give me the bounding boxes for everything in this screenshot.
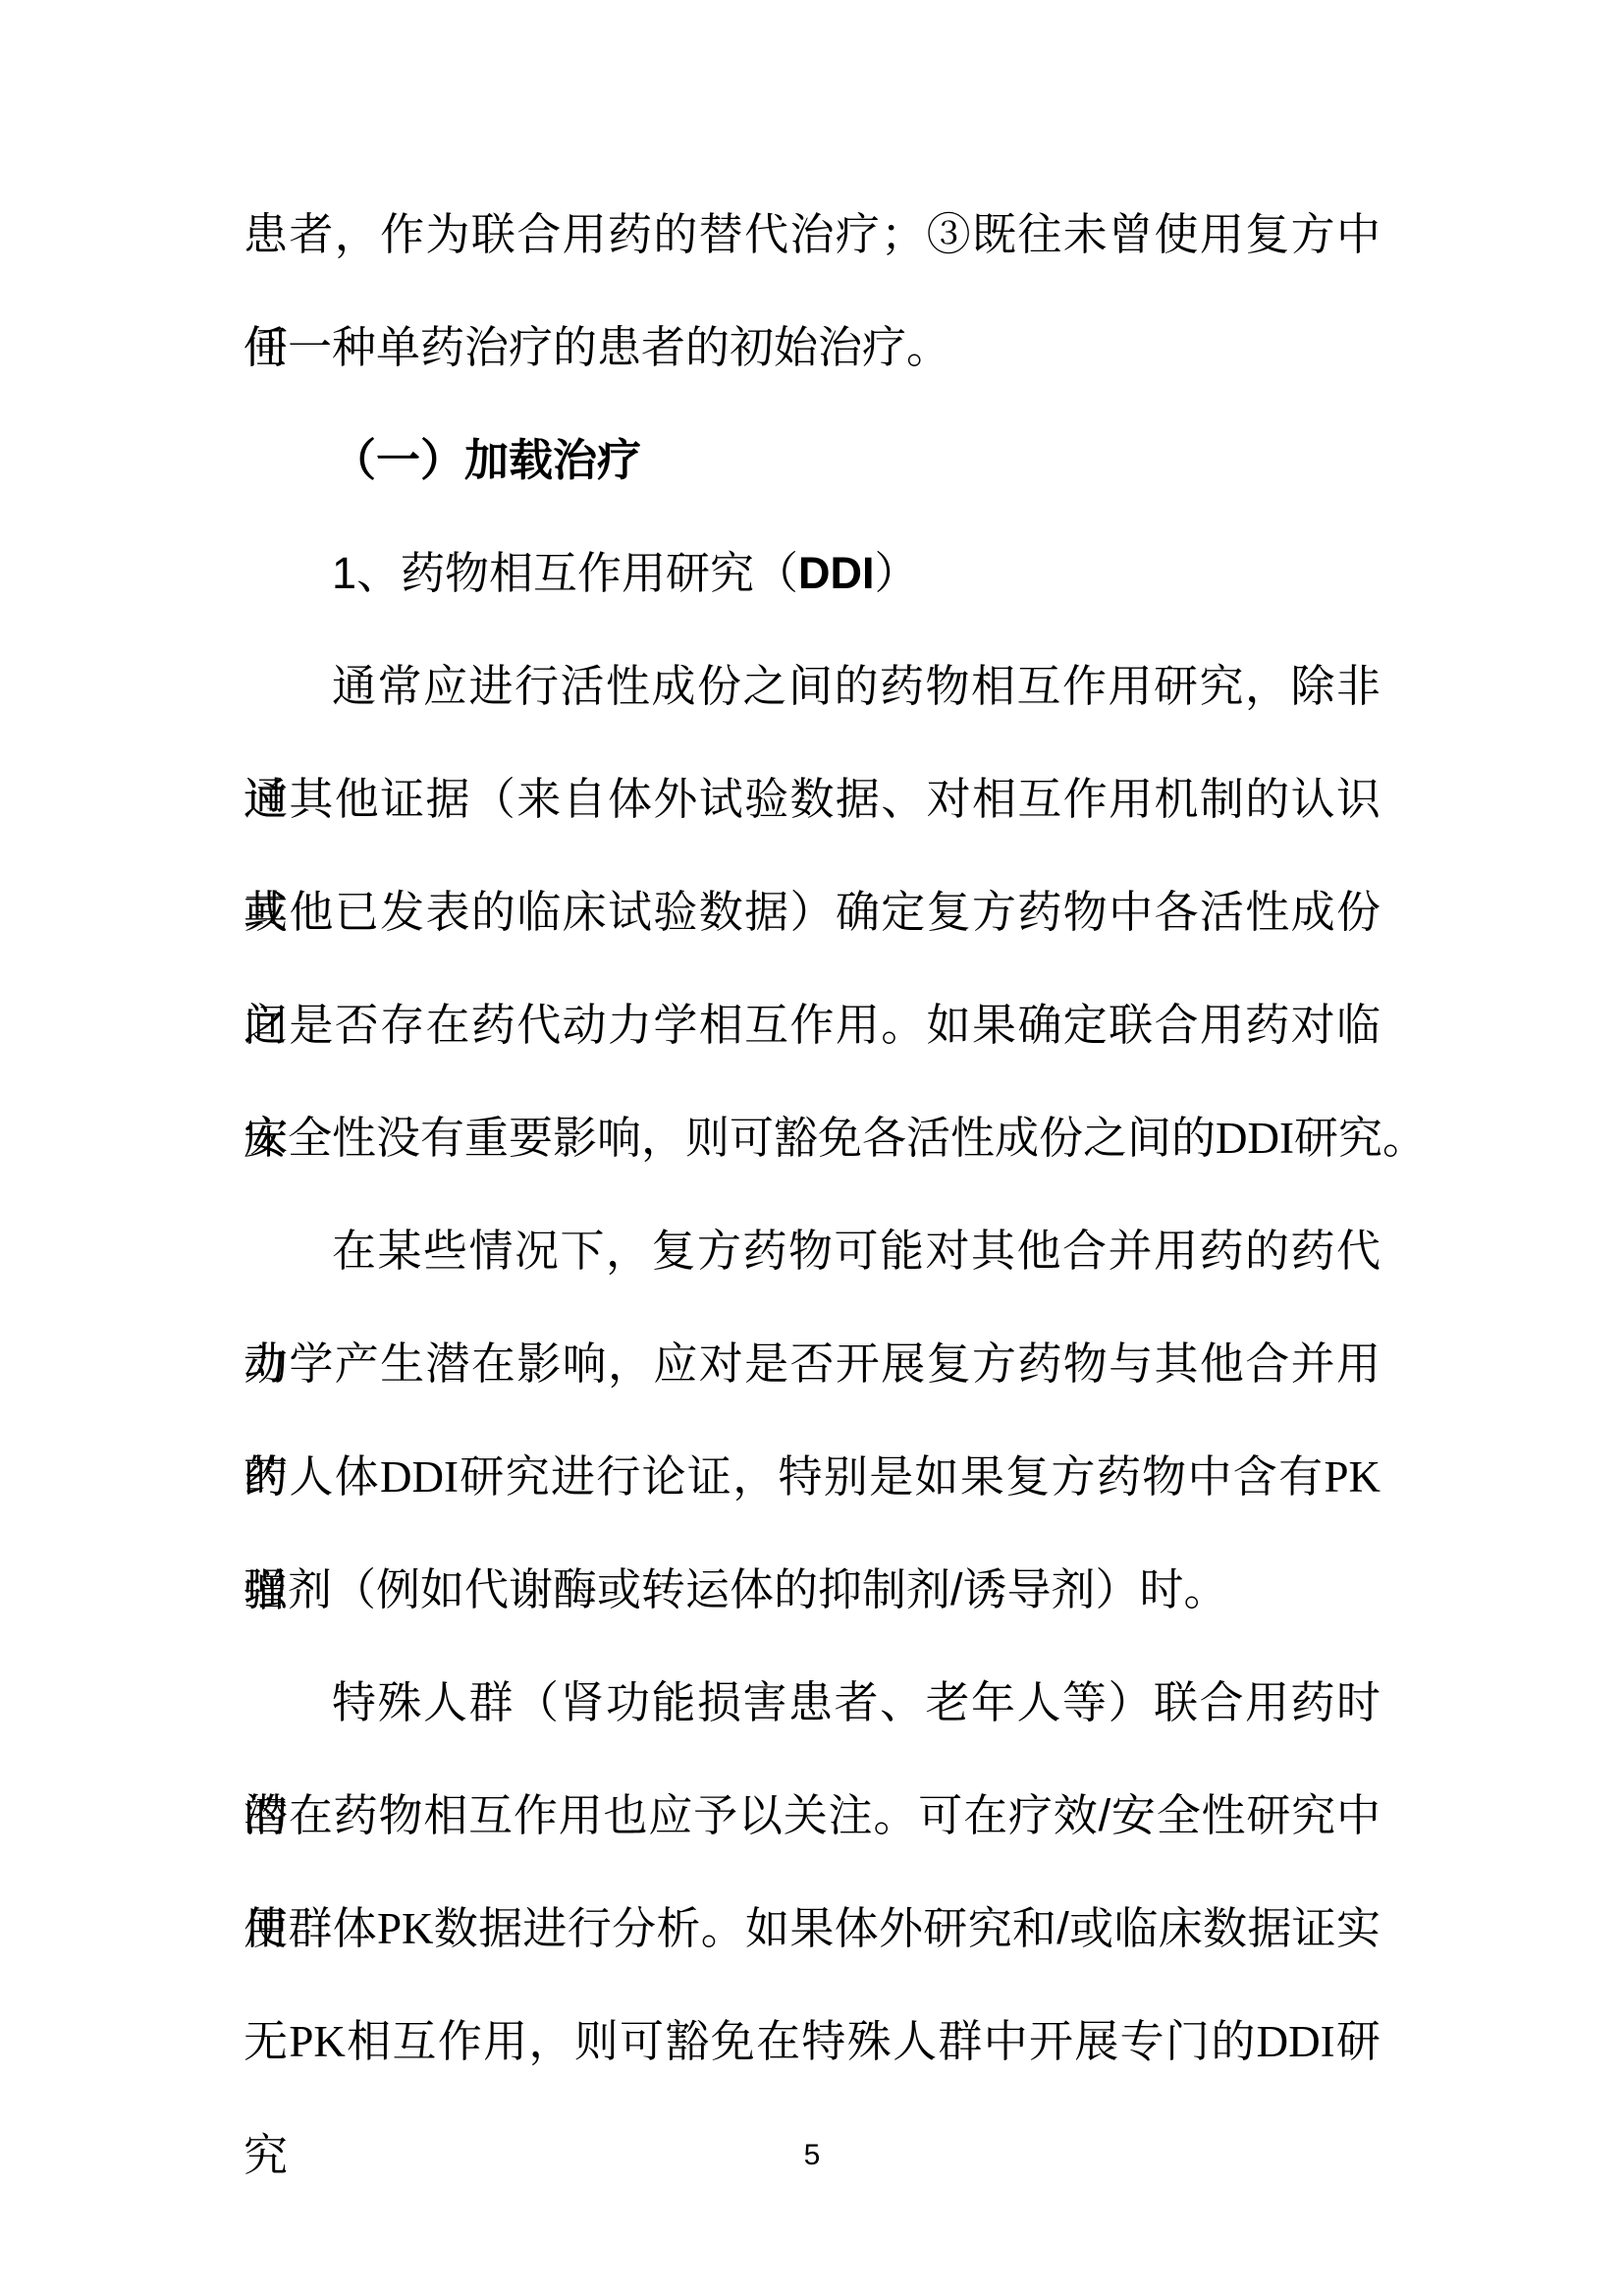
subsection-heading: 1、药物相互作用研究（DDI） xyxy=(244,517,1380,629)
body-line: 强剂（例如代谢酶或转运体的抑制剂/诱导剂）时。 xyxy=(244,1533,1380,1646)
line-latin: PK xyxy=(289,2017,346,2066)
line-text: 研究。 xyxy=(1294,1113,1427,1163)
line-latin: DDI xyxy=(380,1452,459,1502)
line-latin: DDI xyxy=(1216,1114,1294,1163)
line-latin: PK xyxy=(1324,1452,1380,1502)
body-line: 潜在药物相互作用也应予以关注。可在疗效/安全性研究中使 xyxy=(244,1759,1380,1872)
body-line: 通常应进行活性成份之间的药物相互作用研究，除非通 xyxy=(244,629,1380,742)
subsection-number: 1、 xyxy=(332,548,401,598)
line-text: 安全性没有重要影响，则可豁免各活性成份之间的 xyxy=(244,1113,1216,1163)
line-text: 何一种单药治疗的患者的初始治疗。 xyxy=(244,322,950,372)
subsection-title: 药物相互作用研究（ xyxy=(401,549,798,598)
page-number: 5 xyxy=(0,2133,1624,2178)
body-line: 在某些情况下，复方药物可能对其他合并用药的药代动 xyxy=(244,1194,1380,1307)
body-line: 过其他证据（来自体外试验数据、对相互作用机制的认识或 xyxy=(244,742,1380,855)
heading-text: （一）加载治疗 xyxy=(332,435,641,485)
body-line: 特殊人群（肾功能损害患者、老年人等）联合用药时的 xyxy=(244,1646,1380,1759)
line-latin: PK xyxy=(377,1904,434,1953)
line-text: 用群体 xyxy=(244,1903,377,1953)
line-text: 的人体 xyxy=(244,1451,380,1502)
subsection-abbrev: DDI xyxy=(798,548,875,598)
body-line: 患者，作为联合用药的替代治疗；③既往未曾使用复方中任 xyxy=(244,178,1380,291)
body-line: 何一种单药治疗的患者的初始治疗。 xyxy=(244,291,1380,404)
line-text: 研究进行论证，特别是如果复方药物中含有 xyxy=(459,1451,1324,1502)
line-text: 无 xyxy=(244,2016,289,2066)
document-page: 患者，作为联合用药的替代治疗；③既往未曾使用复方中任 何一种单药治疗的患者的初始… xyxy=(0,0,1624,2296)
subsection-title-close: ） xyxy=(875,549,919,598)
body-line: 安全性没有重要影响，则可豁免各活性成份之间的DDI研究。 xyxy=(244,1081,1380,1194)
body-line: 无PK相互作用，则可豁免在特殊人群中开展专门的DDI研究 xyxy=(244,1985,1380,2098)
body-line: 用群体PK数据进行分析。如果体外研究和/或临床数据证实 xyxy=(244,1872,1380,1985)
body-line: 其他已发表的临床试验数据）确定复方药物中各活性成份之 xyxy=(244,855,1380,968)
line-text: 数据进行分析。如果体外研究和/或临床数据证实 xyxy=(433,1903,1380,1953)
body-line: 力学产生潜在影响，应对是否开展复方药物与其他合并用药 xyxy=(244,1307,1380,1420)
body-line: 的人体DDI研究进行论证，特别是如果复方药物中含有PK增 xyxy=(244,1420,1380,1533)
body-line: 间是否存在药代动力学相互作用。如果确定联合用药对临床 xyxy=(244,968,1380,1081)
line-text: 相互作用，则可豁免在特殊人群中开展专门的 xyxy=(346,2016,1257,2066)
line-text: 强剂（例如代谢酶或转运体的抑制剂/诱导剂）时。 xyxy=(244,1564,1228,1614)
document-text-block: 患者，作为联合用药的替代治疗；③既往未曾使用复方中任 何一种单药治疗的患者的初始… xyxy=(244,178,1380,2098)
line-latin: DDI xyxy=(1257,2017,1335,2066)
section-heading: （一）加载治疗 xyxy=(244,404,1380,517)
